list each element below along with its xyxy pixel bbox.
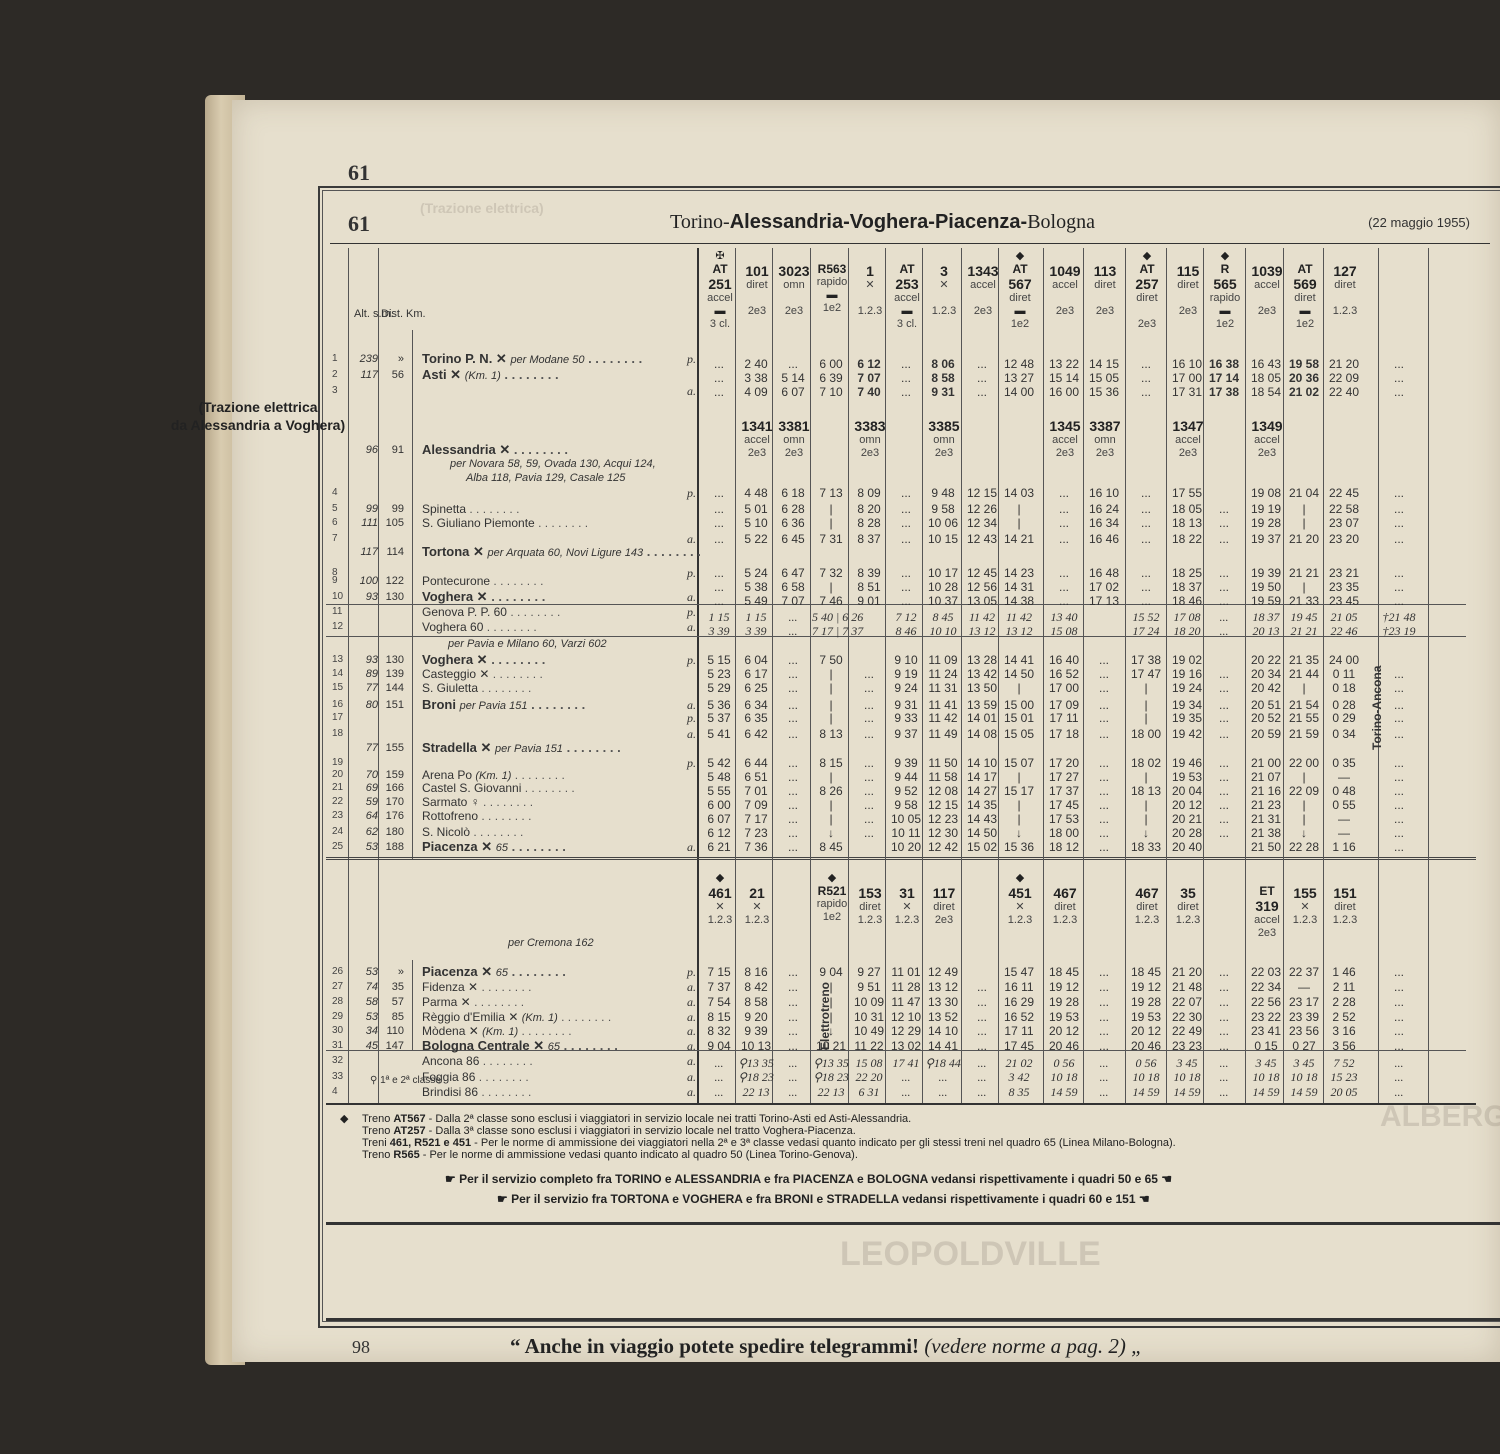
time-cell: 0 35 [1325,756,1363,770]
time-cell: 16 34 [1085,516,1123,530]
time-cell: 24 00 [1325,653,1363,667]
locomotive-icon [737,292,777,305]
time-cell: ... [1127,385,1165,399]
time-cell: | [812,698,850,712]
time-cell: 10 28 [924,580,962,594]
time-cell: 12 34 [963,516,1001,530]
station-extra: (Km. 1) [465,370,501,382]
time-cell: 6 28 [774,502,812,516]
time-cell: 12 45 [963,566,1001,580]
time-cell: ... [774,995,812,1009]
time-cell: ... [774,610,812,624]
train-number: 153 [850,885,890,901]
section-rule [326,857,1476,860]
train-number: 257 [1127,276,1167,292]
time-cell: 5 49 [737,594,775,608]
time-cell: 16 52 [1045,667,1083,681]
line-number: 1 [332,352,348,366]
time-cell: 14 31 [1000,580,1038,594]
train-number: 565 [1205,276,1245,292]
line-number: 6 [332,516,348,530]
train-marker-icon [737,250,777,263]
time-cell: 7 17 [737,812,775,826]
time-cell: 19 19 [1247,502,1285,516]
column-divider [1083,248,1084,1103]
station-row: 2364176Rottofreno . . . . . . . . [330,809,700,823]
arrival-departure-marker: p. [687,653,696,667]
time-cell: 16 46 [1085,532,1123,546]
time-cell: 0 15 [1247,1039,1285,1053]
distance-km: 110 [380,1024,404,1038]
time-cell: ... [887,1085,925,1099]
time-cell: 17 00 [1045,681,1083,695]
leader-dots: . . . . . . . . [479,1070,529,1084]
time-cell: ... [774,1085,812,1099]
time-cell: 22 58 [1325,502,1363,516]
train-header: 151diret1.2.3 [1325,872,1365,927]
time-cell: ... [850,812,888,826]
time-cell: ... [1205,516,1243,530]
train-prefix: AT [700,263,740,276]
altitude: 93 [354,653,378,667]
time-cell: ... [1085,798,1123,812]
time-cell: 20 28 [1168,826,1206,840]
train-header: AT569diret▬1e2 [1285,250,1325,331]
time-cell: 21 04 [1285,486,1323,500]
station-name-text: Mòdena ✕ [422,1024,479,1038]
station-name-text: Tortona ✕ [422,544,484,559]
time-cell: | [812,770,850,784]
locomotive-icon [1380,263,1420,276]
time-cell: 21 48 [1168,980,1206,994]
time-cell: 12 23 [924,812,962,826]
time-cell: 13 30 [924,995,962,1009]
time-cell: 9 19 [887,667,925,681]
time-cell: 9 33 [887,711,925,725]
locomotive-icon [963,292,1003,305]
time-cell: 6 07 [774,385,812,399]
time-cell: 6 04 [737,653,775,667]
time-cell: ↓ [812,826,850,840]
altitude: 117 [354,545,378,559]
time-cell: 13 59 [963,698,1001,712]
time-cell: 15 02 [963,840,1001,854]
train-number: 1341 [737,418,777,434]
time-cell: ... [1085,826,1123,840]
time-cell: 12 43 [963,532,1001,546]
train-category: omn [774,279,814,292]
time-cell: 12 49 [924,965,962,979]
time-cell: 8 13 [812,727,850,741]
distance-km: 188 [380,840,404,854]
time-cell: 17 11 [1000,1024,1038,1038]
time-cell: ... [700,532,738,546]
train-prefix: R563 [812,263,852,276]
time-cell: ... [1380,980,1418,994]
train-header: 3387omn2e3 [1085,418,1125,460]
train-number: 31 [887,885,927,901]
time-cell: 15 05 [1000,727,1038,741]
locomotive-icon: ▬ [700,305,740,318]
train-marker-icon [1325,250,1365,263]
time-cell: 9 58 [924,502,962,516]
footnotes: ◆Treno AT567 - Dalla 2ª classe sono escl… [340,1113,1480,1161]
train-category: omn [774,434,814,447]
train-class: 1e2 [1000,318,1040,331]
time-cell: 5 10 [737,516,775,530]
time-cell: ... [1380,1024,1418,1038]
time-cell: 21 33 [1285,594,1323,608]
train-header: 127diret 1.2.3 [1325,250,1365,318]
time-cell: 10 09 [850,995,888,1009]
time-cell: 14 08 [963,727,1001,741]
leader-dots: . . . . . . . . [512,964,566,979]
station-name: Rottofreno . . . . . . . . [422,809,531,824]
time-cell: ... [1380,727,1418,741]
train-class: 2e3 [924,447,964,460]
station-name-text: Arena Po [422,768,472,782]
station-name-text: Ancona 86 [422,1054,479,1068]
station-name-text: Casteggio ✕ [422,667,489,681]
time-cell: 14 00 [1000,385,1038,399]
train-marker-icon [1168,250,1208,263]
time-cell: 18 00 [1045,826,1083,840]
column-divider [1166,248,1167,1103]
time-cell: 10 18 [1045,1070,1083,1084]
time-cell: 18 54 [1247,385,1285,399]
distance-km: 170 [380,795,404,809]
time-cell: 14 59 [1045,1085,1083,1099]
time-cell: 21 21 [1285,624,1323,638]
time-cell: 19 12 [1045,980,1083,994]
time-cell: | [812,502,850,516]
time-cell: ... [774,965,812,979]
train-header: ◆R565rapido▬1e2 [1205,250,1245,331]
train-marker-icon [963,872,1003,885]
time-cell: 21 23 [1247,798,1285,812]
train-number: 3 [924,263,964,279]
time-cell: 14 10 [924,1024,962,1038]
time-cell: 17 24 [1127,624,1165,638]
time-cell: 3 42 [1000,1070,1038,1084]
service-note-text: Per il servizio fra TORTONA e VOGHERA e … [511,1192,1135,1206]
time-cell: 18 12 [1045,840,1083,854]
traction-note: (Trazione elettrica da Alessandria a Vog… [138,398,378,434]
time-cell: 5 14 [774,371,812,385]
time-cell: 7 15 [700,965,738,979]
time-cell: ... [774,1056,812,1070]
time-cell: 20 59 [1247,727,1285,741]
train-number: 155 [1285,885,1325,901]
train-category: ✕ [924,279,964,292]
time-cell: ... [1085,770,1123,784]
train-category: ✕ [737,901,777,914]
time-cell: 15 01 [1000,711,1038,725]
altitude: 59 [354,795,378,809]
train-number: 127 [1325,263,1365,279]
pointing-hand-icon: ☚ [1136,1192,1150,1206]
locomotive-icon [1045,292,1085,305]
time-cell: 19 35 [1168,711,1206,725]
time-cell: 21 16 [1247,784,1285,798]
station-name-text: Piacenza ✕ [422,964,492,979]
train-class: 2e3 [1247,447,1287,460]
train-prefix: AT [1000,263,1040,276]
station-name: Spinetta . . . . . . . . [422,502,519,517]
time-cell: ... [1045,566,1083,580]
time-cell: 14 59 [1127,1085,1165,1099]
time-cell: ... [1380,826,1418,840]
train-class: 1.2.3 [1045,914,1085,927]
footer-slogan-text: “ Anche in viaggio potete spedire telegr… [510,1334,919,1358]
footnote-text: - Per le norme di ammissione vedasi quan… [420,1149,858,1161]
line-number: 28 [332,995,348,1009]
train-category: accel [1247,434,1287,447]
time-cell: ... [774,1070,812,1084]
time-cell: 17 20 [1045,756,1083,770]
time-cell: 6 25 [737,681,775,695]
time-cell: 5 29 [700,681,738,695]
train-class: 1.2.3 [1325,305,1365,318]
train-number: 1343 [963,263,1003,279]
service-note-text: Per il servizio completo fra TORINO e AL… [459,1172,1158,1186]
time-cell: 17 53 [1045,812,1083,826]
train-number: 151 [1325,885,1365,901]
time-cell: | [1000,798,1038,812]
time-cell: ... [1205,798,1243,812]
line-number: 33 [332,1070,348,1084]
time-cell: 11 22 [850,1039,888,1053]
time-cell: ... [1380,667,1418,681]
time-cell: 13 02 [887,1039,925,1053]
time-cell: 18 37 [1168,580,1206,594]
time-cell: ... [1045,580,1083,594]
time-cell: ⚲18 44 [924,1056,962,1070]
time-cell: ... [1205,980,1243,994]
station-name-text: Voghera 60 [422,620,483,634]
altitude: 58 [354,995,378,1009]
train-header: 101diret 2e3 [737,250,777,318]
time-cell: 13 12 [1000,624,1038,638]
leader-dots: . . . . . . . . [567,740,621,755]
time-cell: ... [1127,566,1165,580]
station-name: Voghera ✕ . . . . . . . . [422,653,545,668]
time-cell: ⚲13 35 [737,1056,775,1070]
time-cell: 13 28 [963,653,1001,667]
altitude: 64 [354,809,378,823]
time-cell: 19 08 [1247,486,1285,500]
train-number: 1039 [1247,263,1287,279]
time-cell: 17 47 [1127,667,1165,681]
time-cell: ... [850,667,888,681]
time-cell: 9 10 [887,653,925,667]
station-name-text: Brindisi 86 [422,1085,478,1099]
time-cell: ... [1205,698,1243,712]
station-name: Genova P. P. 60 . . . . . . . . [422,605,560,620]
time-cell: 21 59 [1285,727,1323,741]
train-category: omn [924,434,964,447]
pointing-hand-icon: ☛ [497,1192,511,1206]
station-name-text: Piacenza ✕ [422,839,492,854]
time-cell: ... [1380,681,1418,695]
train-class: 3 cl. [700,318,740,331]
train-header: 113diret 2e3 [1085,250,1125,318]
time-cell: ... [1085,681,1123,695]
station-name: Parma ✕ . . . . . . . . [422,995,524,1010]
time-cell: 22 07 [1168,995,1206,1009]
station-name: Alessandria ✕ . . . . . . . . [422,443,568,458]
station-name: Piacenza ✕ 65 . . . . . . . . [422,840,566,855]
station-row: 3145147Bologna Centrale ✕ 65 . . . . . .… [330,1039,700,1053]
time-cell: 18 02 [1127,756,1165,770]
time-cell: 14 50 [1000,667,1038,681]
time-cell: 5 42 [700,756,738,770]
time-cell: 22 09 [1325,371,1363,385]
time-cell: 5 15 [700,653,738,667]
leader-dots: . . . . . . . . [538,516,588,530]
time-cell: 5 36 [700,698,738,712]
line-number: 7 [332,532,348,546]
time-cell: 16 43 [1247,357,1285,371]
time-cell: 3 39 [737,624,775,638]
station-name-text: Rottofreno [422,809,478,823]
train-number: 451 [1000,885,1040,901]
altitude: 77 [354,681,378,695]
arrival-departure-marker: a. [687,980,696,994]
time-cell: 0 55 [1325,798,1363,812]
arrival-departure-marker: a. [687,1085,696,1099]
station-row: 1239»Torino P. N. ✕ per Modane 50 . . . … [330,352,700,366]
train-number: 115 [1168,263,1208,279]
time-cell: ... [1205,727,1243,741]
train-prefix: AT [887,263,927,276]
time-cell: 7 01 [737,784,775,798]
train-marker-icon [924,872,964,885]
time-cell: ... [1085,667,1123,681]
distance-km: 176 [380,809,404,823]
time-cell: ... [774,681,812,695]
line-number: 2 [332,368,348,382]
voghera-connections: per Pavia e Milano 60, Varzi 602 [448,638,607,650]
train-marker-icon [737,872,777,885]
train-marker-icon [1380,872,1420,885]
footnote-text: Treno [362,1125,393,1137]
time-cell: 8 35 [1000,1085,1038,1099]
time-cell: 17 55 [1168,486,1206,500]
time-cell: 14 01 [963,711,1001,725]
time-cell: ... [963,385,1001,399]
station-name-text: Voghera ✕ [422,652,488,667]
train-class: 2e3 [737,305,777,318]
station-row: 285857Parma ✕ . . . . . . . .a. [330,995,700,1009]
train-number: 3381 [774,418,814,434]
time-cell: ... [1380,357,1418,371]
train-number: 3387 [1085,418,1125,434]
time-cell: 15 23 [1325,1070,1363,1084]
time-cell: 19 28 [1127,995,1165,1009]
time-cell: ... [1205,502,1243,516]
leader-dots: . . . . . . . . [481,681,531,695]
station-row: 2653»Piacenza ✕ 65 . . . . . . . .p. [330,965,700,979]
time-cell: ... [1380,580,1418,594]
time-cell: 17 31 [1168,385,1206,399]
time-cell: 22 45 [1325,486,1363,500]
time-cell: 0 48 [1325,784,1363,798]
train-header: 467diret1.2.3 [1127,872,1167,927]
time-cell: ... [774,980,812,994]
station-name: Mòdena ✕ (Km. 1) . . . . . . . . [422,1024,572,1039]
time-cell: ... [1380,698,1418,712]
time-cell: | [1127,698,1165,712]
time-cell: 20 22 [1247,653,1285,667]
time-cell: 8 09 [850,486,888,500]
time-cell: — [1325,770,1363,784]
train-header: 1343accel 2e3 [963,250,1003,318]
time-cell: 19 39 [1247,566,1285,580]
altitude: 239 [354,352,378,366]
time-cell: 11 41 [924,698,962,712]
footnote: Treno R565 - Per le norme di ammissione … [340,1149,1480,1161]
time-cell: 17 09 [1045,698,1083,712]
time-cell: ... [700,486,738,500]
time-cell: 6 45 [774,532,812,546]
altitude: 74 [354,980,378,994]
time-cell: ... [774,711,812,725]
line-number: 22 [332,795,348,809]
line-number: 27 [332,980,348,994]
train-class: 1.2.3 [700,914,740,927]
train-header: 153diret1.2.3 [850,872,890,927]
time-cell: ... [1380,594,1418,608]
train-number: 1349 [1247,418,1287,434]
train-number: 253 [887,276,927,292]
train-marker-icon [1085,250,1125,263]
time-cell: 19 24 [1168,681,1206,695]
time-cell: ... [963,995,1001,1009]
time-cell: | [812,798,850,812]
footnote: ◆Treno AT567 - Dalla 2ª classe sono escl… [340,1113,1480,1125]
train-header: 1349accel2e3 [1247,418,1287,460]
time-cell: 8 39 [850,566,888,580]
station-row: 277435Fidenza ✕ . . . . . . . .a. [330,980,700,994]
locomotive-icon [924,292,964,305]
train-category: ✕ [1000,901,1040,914]
time-cell: 21 35 [1285,653,1323,667]
train-marker-icon [774,250,814,263]
time-cell: 11 28 [887,980,925,994]
distance-km: 144 [380,681,404,695]
time-cell: 7 54 [700,995,738,1009]
time-cell: 21 38 [1247,826,1285,840]
time-cell: 15 05 [1085,371,1123,385]
leader-dots: . . . . . . . . [481,1085,531,1099]
distance-km: 35 [380,980,404,994]
time-cell: 7 10 [812,385,850,399]
time-cell: ... [1205,1010,1243,1024]
time-cell: | [1127,812,1165,826]
arrival-departure-marker: a. [687,727,696,741]
time-cell: 22 13 [812,1085,850,1099]
time-cell: 14 17 [963,770,1001,784]
time-cell: ... [774,756,812,770]
train-header: 1039accel 2e3 [1247,250,1287,318]
time-cell: 7 07 [774,594,812,608]
time-cell: 21 31 [1247,812,1285,826]
train-class: 2e3 [1247,927,1287,940]
time-cell: 9 31 [924,385,962,399]
time-cell: ... [1085,711,1123,725]
time-cell: 22 03 [1247,965,1285,979]
